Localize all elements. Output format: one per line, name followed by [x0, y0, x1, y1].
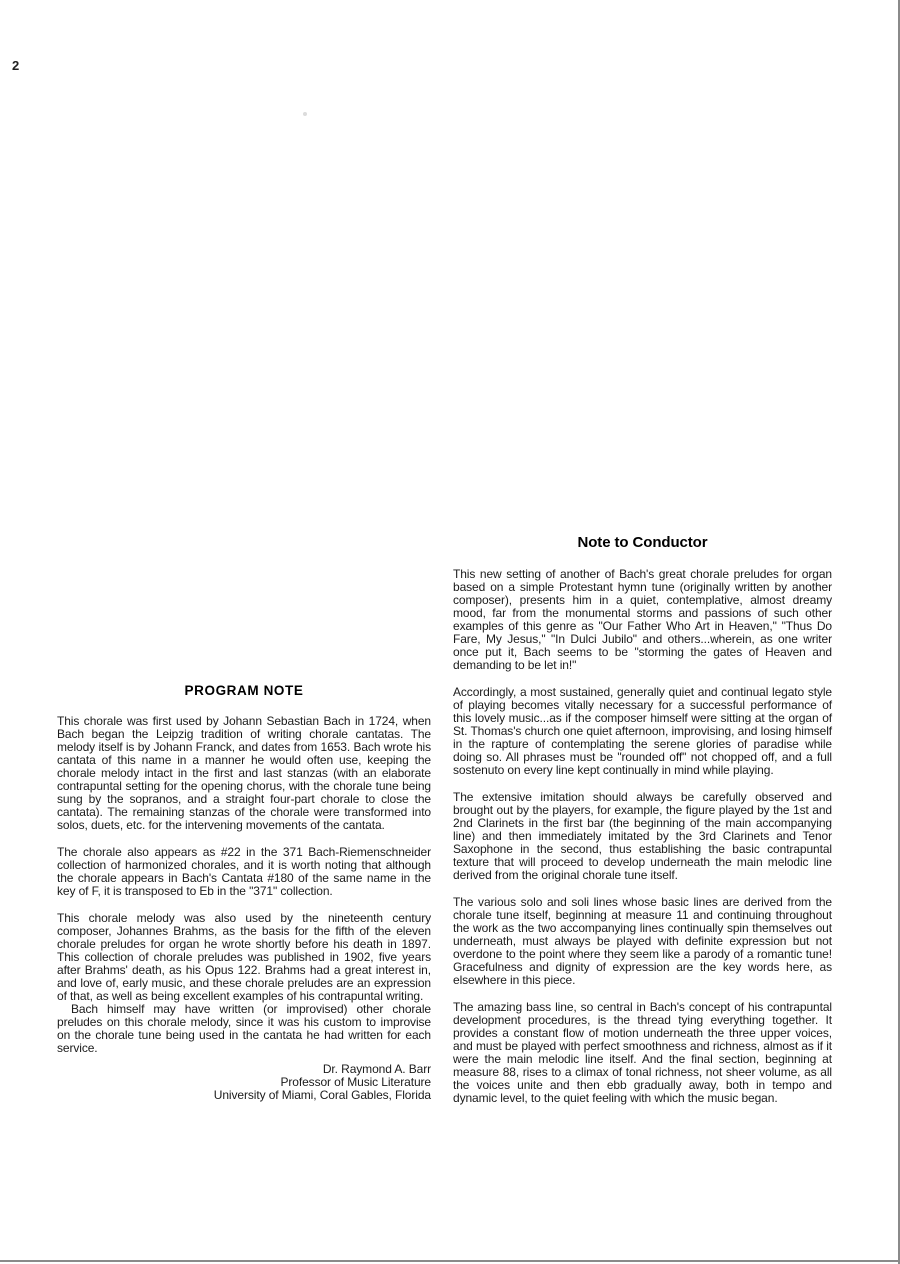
attribution-affiliation: University of Miami, Coral Gables, Flori… — [57, 1089, 431, 1102]
conductor-note-paragraph-1: This new setting of another of Bach's gr… — [453, 568, 832, 672]
note-to-conductor-section: Note to Conductor This new setting of an… — [453, 536, 832, 1119]
program-note-heading: PROGRAM NOTE — [57, 684, 431, 697]
conductor-note-paragraph-2: Accordingly, a most sustained, generally… — [453, 686, 832, 777]
program-note-paragraph-3: This chorale melody was also used by the… — [57, 912, 431, 1003]
conductor-note-paragraph-4: The various solo and soli lines whose ba… — [453, 896, 832, 987]
page-number: 2 — [12, 58, 19, 73]
scanned-document-page: 2 PROGRAM NOTE This chorale was first us… — [0, 0, 900, 1264]
scan-artifact-dot — [303, 112, 307, 116]
attribution-block: Dr. Raymond A. Barr Professor of Music L… — [57, 1063, 431, 1102]
scan-edge-bottom — [0, 1260, 900, 1262]
program-note-paragraph-1: This chorale was first used by Johann Se… — [57, 715, 431, 832]
note-to-conductor-heading: Note to Conductor — [453, 536, 832, 549]
program-note-paragraph-4: Bach himself may have written (or improv… — [57, 1003, 431, 1055]
program-note-section: PROGRAM NOTE This chorale was first used… — [57, 684, 431, 1102]
conductor-note-paragraph-3: The extensive imitation should always be… — [453, 791, 832, 882]
conductor-note-paragraph-5: The amazing bass line, so central in Bac… — [453, 1001, 832, 1105]
program-note-paragraph-2: The chorale also appears as #22 in the 3… — [57, 846, 431, 898]
